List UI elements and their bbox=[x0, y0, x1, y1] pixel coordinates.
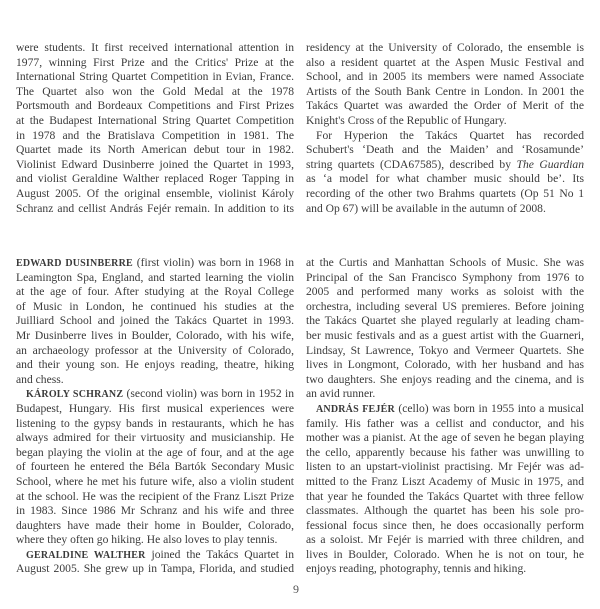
quartet-history-column-left: were students. It first received interna… bbox=[16, 41, 294, 216]
text-line: ber music festivals and as a guest artis… bbox=[306, 329, 584, 344]
text-line: Knight's Cross of the Republic of Hungar… bbox=[306, 114, 584, 129]
member-name: EDWARD DUSINBERRE bbox=[16, 258, 133, 269]
member-name: KÁROLY SCHRANZ bbox=[26, 389, 123, 400]
bio-walther-start: GERALDINE WALTHER joined the Takács Quar… bbox=[16, 548, 294, 577]
text-line: the cello, apparently because his father… bbox=[306, 446, 584, 461]
biographies-column-right: at the Curtis and Manhattan Schools of M… bbox=[306, 256, 584, 577]
text-line: Violinist Edward Dusinberre joined the Q… bbox=[16, 158, 294, 173]
text-line: as ‘a model for what chamber music shoul… bbox=[306, 172, 584, 187]
text-line: 1977, winning First Prize and the Critic… bbox=[16, 56, 294, 71]
page-number: 9 bbox=[293, 582, 299, 597]
text-line: string quartets (CDA67585), described by… bbox=[306, 158, 584, 173]
member-name: GERALDINE WALTHER bbox=[26, 550, 146, 561]
text-line: where they often go hiking. He also love… bbox=[16, 533, 294, 548]
text-line: as a soloist. Mr Fejér is married with t… bbox=[306, 533, 584, 548]
text-line: Portsmouth and Bordeaux Competitions and… bbox=[16, 99, 294, 114]
text-line: mitted to the Franz Liszt Academy of Mus… bbox=[306, 475, 584, 490]
text-line: The Quartet also won the Gold Medal at t… bbox=[16, 85, 294, 100]
text-line: School, and in 2005 its members were nam… bbox=[306, 70, 584, 85]
text-line: School, where he met his future wife, al… bbox=[16, 475, 294, 490]
text-line: an avid runner. bbox=[306, 387, 584, 402]
text-line: classmates. Although the quartet has bee… bbox=[306, 504, 584, 519]
text-line: Quartet made its North American debut to… bbox=[16, 143, 294, 158]
text-line: International String Quartet Competition… bbox=[16, 70, 294, 85]
text-line: in 1983. Since 1986 Mr Schranz and his w… bbox=[16, 504, 294, 519]
text-line: orchestra, including several US premiere… bbox=[306, 300, 584, 315]
text-line: and violist Geraldine Walther replaced R… bbox=[16, 172, 294, 187]
text-line: Budapest, Hungary. His first musical exp… bbox=[16, 402, 294, 417]
text-line: 2005 and performed many works as soloist… bbox=[306, 285, 584, 300]
text-fragment: joined the Takács Quartet in bbox=[146, 548, 294, 561]
text-line: Mr Dusinberre lives in Boulder, Colorado… bbox=[16, 329, 294, 344]
text-line: August 2005. Of the original ensemble, v… bbox=[16, 187, 294, 202]
text-line: lives in Boulder, Colorado. When he is n… bbox=[306, 548, 584, 563]
text-line: GERALDINE WALTHER joined the Takács Quar… bbox=[16, 548, 294, 563]
bio-dusinberre: EDWARD DUSINBERRE (first violin) was bor… bbox=[16, 256, 294, 387]
quartet-history-column-right: residency at the University of Colorado,… bbox=[306, 41, 584, 216]
text-line: at the Budapest International String Qua… bbox=[16, 114, 294, 129]
text-line: fessional focus since then, he does occa… bbox=[306, 519, 584, 534]
text-line: that year he founded the Takács Quartet … bbox=[306, 490, 584, 505]
text-line: mother was a pianist. At the age of seve… bbox=[306, 431, 584, 446]
text-line: the Takács Quartet she played regularly … bbox=[306, 314, 584, 329]
text-line: Leamington Spa, England, and started lea… bbox=[16, 271, 294, 286]
text-line: at the school. He was the recipient of t… bbox=[16, 490, 294, 505]
publication-title: The Guardian bbox=[517, 158, 585, 171]
text-line: family. His father was a cellist and con… bbox=[306, 417, 584, 432]
text-line: always admired for their virtuosity and … bbox=[16, 431, 294, 446]
text-line: Schubert's ‘Death and the Maiden’ and ‘R… bbox=[306, 143, 584, 158]
text-line: Artists of the South Bank Centre in Lond… bbox=[306, 85, 584, 100]
residency-paragraph: residency at the University of Colorado,… bbox=[306, 41, 584, 129]
text-line: at the age of four. After studying at th… bbox=[16, 285, 294, 300]
text-line: and chess. bbox=[16, 373, 294, 388]
text-line: Schranz and cellist András Fejér remain.… bbox=[16, 202, 294, 217]
text-line: For Hyperion the Takács Quartet has reco… bbox=[306, 129, 584, 144]
text-line: two daughters. She enjoys reading and th… bbox=[306, 373, 584, 388]
text-fragment: (second violin) was born in 1952 in bbox=[123, 387, 294, 400]
text-line: lives in Longmont, Colorado, with her hu… bbox=[306, 358, 584, 373]
text-line: Lindsay, St Lawrence, Tokyo and Vermeer … bbox=[306, 344, 584, 359]
text-line: of Music in London, he continued his stu… bbox=[16, 300, 294, 315]
text-line: Takács Quartet was awarded the Order of … bbox=[306, 99, 584, 114]
bio-fejer: ANDRÁS FEJÉR (cello) was born in 1955 in… bbox=[306, 402, 584, 577]
text-fragment: (cello) was born in 1955 into a musical bbox=[395, 402, 584, 415]
quartet-history-paragraph: were students. It first received interna… bbox=[16, 41, 294, 216]
bio-walther-continued: at the Curtis and Manhattan Schools of M… bbox=[306, 256, 584, 402]
hyperion-recordings-paragraph: For Hyperion the Takács Quartet has reco… bbox=[306, 129, 584, 217]
text-line: were students. It first received interna… bbox=[16, 41, 294, 56]
bio-schranz: KÁROLY SCHRANZ (second violin) was born … bbox=[16, 387, 294, 548]
text-line: began playing the violin at the age of f… bbox=[16, 446, 294, 461]
text-line: of fourteen he entered the Béla Bartók S… bbox=[16, 460, 294, 475]
text-fragment: (first violin) was born in 1968 in bbox=[133, 256, 294, 269]
text-line: recording of the other two Brahms quarte… bbox=[306, 187, 584, 202]
text-line: also a resident quartet at the Aspen Mus… bbox=[306, 56, 584, 71]
text-line: KÁROLY SCHRANZ (second violin) was born … bbox=[16, 387, 294, 402]
text-line: ANDRÁS FEJÉR (cello) was born in 1955 in… bbox=[306, 402, 584, 417]
text-line: an archaeology professor at the Universi… bbox=[16, 344, 294, 359]
text-line: and their young son. He enjoys reading, … bbox=[16, 358, 294, 373]
text-line: daughters have made their home in Boulde… bbox=[16, 519, 294, 534]
text-line: at the Curtis and Manhattan Schools of M… bbox=[306, 256, 584, 271]
text-fragment: string quartets (CDA67585), described by bbox=[306, 158, 517, 171]
text-line: EDWARD DUSINBERRE (first violin) was bor… bbox=[16, 256, 294, 271]
text-line: in 1978 and the Bratislava Competition i… bbox=[16, 129, 294, 144]
text-line: listen to an upstart-violinist practisin… bbox=[306, 460, 584, 475]
text-line: Principal of the San Francisco Symphony … bbox=[306, 271, 584, 286]
text-line: and Op 67) will be available in the autu… bbox=[306, 202, 584, 217]
text-line: Juilliard School and joined the Takács Q… bbox=[16, 314, 294, 329]
text-line: enjoys reading, photography, tennis and … bbox=[306, 562, 584, 577]
biographies-column-left: EDWARD DUSINBERRE (first violin) was bor… bbox=[16, 256, 294, 577]
text-line: August 2005. She grew up in Tampa, Flori… bbox=[16, 562, 294, 577]
text-line: residency at the University of Colorado,… bbox=[306, 41, 584, 56]
text-line: listening to the gypsy bands in restaura… bbox=[16, 417, 294, 432]
member-name: ANDRÁS FEJÉR bbox=[316, 404, 395, 415]
